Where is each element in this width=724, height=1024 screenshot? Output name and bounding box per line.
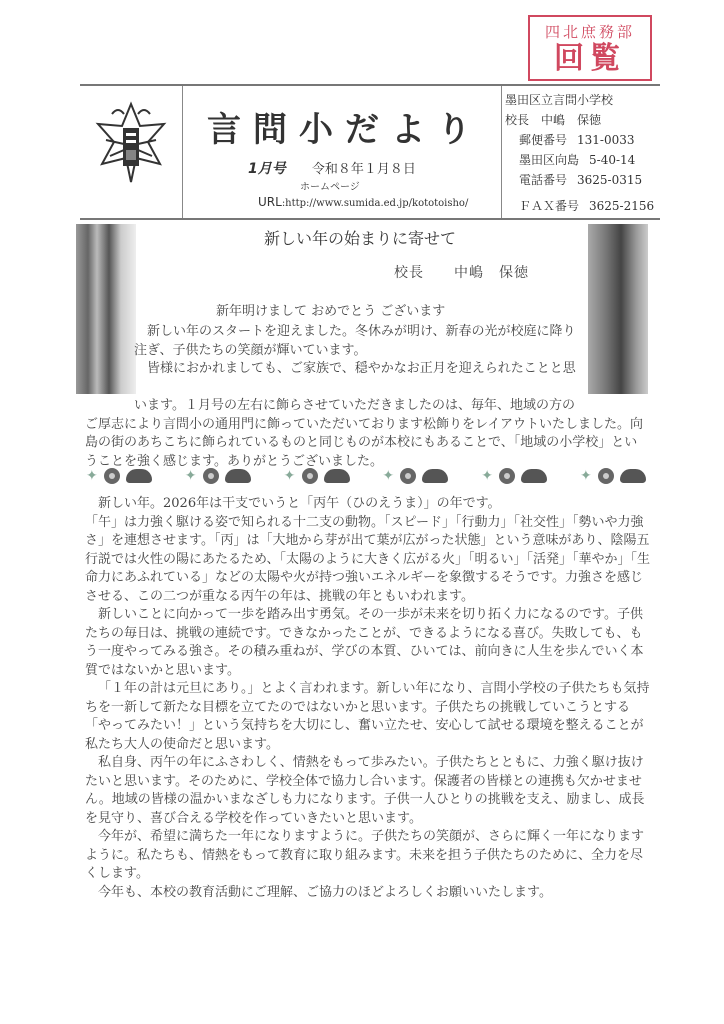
plum-blossom-icon xyxy=(302,468,318,484)
bamboo-icon: ✦ xyxy=(284,468,300,484)
bamboo-icon: ✦ xyxy=(86,468,102,484)
intro-continued-line: います。１月号の左右に飾らさせていただきましたのは、毎年、地域の方の xyxy=(85,397,650,416)
body-paragraph: 今年が、希望に満ちた一年になりますように。子供たちの笑顔が、さらに輝く一年になり… xyxy=(85,828,650,884)
pine-icon xyxy=(422,469,448,483)
pine-icon xyxy=(126,469,152,483)
pine-icon xyxy=(225,469,251,483)
divider-motif: ✦ xyxy=(580,468,646,484)
body-paragraph: 「午」は力強く駆ける姿で知られる十二支の動物。「スピード」「行動力」「社交性」「… xyxy=(85,514,650,607)
address-label: 墨田区向島 xyxy=(519,153,579,167)
newsletter-title: 言問小だより xyxy=(200,102,490,151)
fax-value: 3625-2156 xyxy=(589,199,654,213)
header-divider-right xyxy=(501,86,502,218)
pine-decoration-left-photo xyxy=(76,224,136,394)
school-name: 墨田区立言問小学校 xyxy=(505,90,654,110)
homepage-label: ホームページ xyxy=(300,178,360,193)
divider-motif: ✦ xyxy=(481,468,547,484)
homepage-url: URL:http://www.sumida.ed.jp/kototoisho/ xyxy=(258,195,468,209)
intro-paragraphs: 新しい年のスタートを迎えました。冬休みが明け、新春の光が校庭に降り注ぎ、子供たち… xyxy=(134,323,584,379)
article-byline: 校長 中嶋 保徳 xyxy=(394,262,529,282)
stamp-label: 回覧 xyxy=(530,42,650,76)
postal-code: 131-0033 xyxy=(577,133,635,147)
article-title: 新しい年の始まりに寄せて xyxy=(190,226,530,249)
plum-blossom-icon xyxy=(203,468,219,484)
divider-motif: ✦ xyxy=(382,468,448,484)
body-paragraph: 新しいことに向かって一歩を踏み出す勇気。その一歩が未来を切り拓く力になるのです。… xyxy=(85,606,650,680)
bamboo-icon: ✦ xyxy=(580,468,596,484)
pine-decoration-right-photo xyxy=(588,224,648,394)
issue-info: 1月号 令和８年１月８日 xyxy=(248,158,416,178)
body-paragraph: 「１年の計は元旦にあり。」とよく言われます。新しい年になり、言問小学校の子供たち… xyxy=(85,680,650,754)
divider-motif: ✦ xyxy=(185,468,251,484)
phone-label: 電話番号 xyxy=(519,173,567,187)
header-border-bottom xyxy=(80,218,660,220)
school-info: 墨田区立言問小学校 校長 中嶋 保徳 郵便番号131-0033 墨田区向島5-4… xyxy=(505,90,654,216)
pine-icon xyxy=(521,469,547,483)
pine-icon xyxy=(324,469,350,483)
phone-value: 3625-0315 xyxy=(577,173,642,187)
intro-continued: います。１月号の左右に飾らさせていただきましたのは、毎年、地域の方の ご厚志によ… xyxy=(85,397,650,471)
divider-motif: ✦ xyxy=(284,468,350,484)
body-paragraph: 私自身、丙午の年にふさわしく、情熱をもって歩みたい。子供たちとともに、力強く駆け… xyxy=(85,754,650,828)
stamp-department: 四北庶務部 xyxy=(530,21,650,42)
circulation-stamp: 四北庶務部 回覧 xyxy=(528,15,652,81)
intro-paragraph: 新しい年のスタートを迎えました。冬休みが明け、新春の光が校庭に降り注ぎ、子供たち… xyxy=(134,323,584,360)
plum-blossom-icon xyxy=(499,468,515,484)
body-paragraph: 今年も、本校の教育活動にご理解、ご協力のほどよろしくお願いいたします。 xyxy=(85,884,650,903)
pine-icon xyxy=(620,469,646,483)
header-border-top xyxy=(80,84,660,86)
fax-label: ＦＡＸ番号 xyxy=(519,199,579,213)
bamboo-icon: ✦ xyxy=(185,468,201,484)
bamboo-plum-pine-divider: ✦ ✦ ✦ ✦ ✦ ✦ xyxy=(86,462,646,490)
principal-name: 校長 中嶋 保徳 xyxy=(505,110,654,130)
plum-blossom-icon xyxy=(400,468,416,484)
phone-row: 電話番号3625-0315 xyxy=(505,170,654,190)
header-divider-left xyxy=(182,86,183,218)
new-year-greeting: 新年明けまして おめでとう ございます xyxy=(216,300,445,319)
article-body: 新しい年。2026年は干支でいうと「丙午（ひのえうま）」の年です。 「午」は力強… xyxy=(85,495,650,902)
body-paragraph: 新しい年。2026年は干支でいうと「丙午（ひのえうま）」の年です。 xyxy=(85,495,650,514)
bamboo-icon: ✦ xyxy=(382,468,398,484)
postal-row: 郵便番号131-0033 xyxy=(505,130,654,150)
postal-label: 郵便番号 xyxy=(519,133,567,147)
school-emblem-icon xyxy=(92,100,170,188)
plum-blossom-icon xyxy=(104,468,120,484)
fax-row: ＦＡＸ番号3625-2156 xyxy=(505,196,654,216)
plum-blossom-icon xyxy=(598,468,614,484)
address-value: 5-40-14 xyxy=(589,153,635,167)
address-row: 墨田区向島5-40-14 xyxy=(505,150,654,170)
url-value: :http://www.sumida.ed.jp/kototoisho/ xyxy=(282,198,469,209)
issue-number: 1月号 xyxy=(248,161,286,177)
intro-paragraph: 皆様におかれましても、ご家族で、穏やかなお正月を迎えられたことと思 xyxy=(134,360,584,379)
issue-date: 令和８年１月８日 xyxy=(312,162,416,177)
bamboo-icon: ✦ xyxy=(481,468,497,484)
divider-motif: ✦ xyxy=(86,468,152,484)
url-label: URL xyxy=(258,195,282,209)
